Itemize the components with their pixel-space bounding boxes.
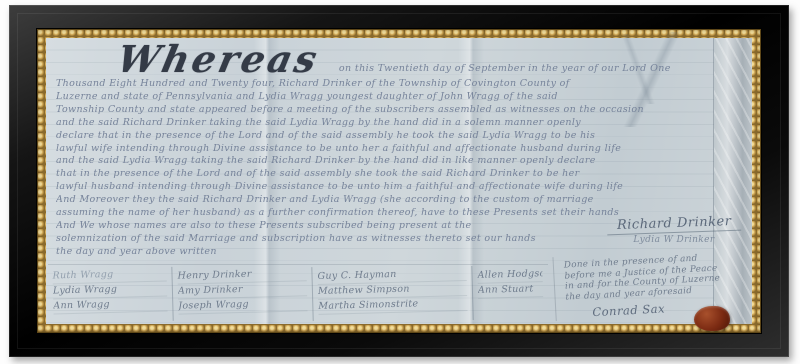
certificate-text-line: Township County and state appeared befor…	[56, 104, 707, 117]
witness-signature: Ann Stuart	[478, 282, 543, 299]
witness-signature-grid: Ruth Wragg Lydia Wragg Ann Wragg Henry D…	[48, 264, 548, 319]
witness-column: Allen Hodgson Ann Stuart	[471, 264, 548, 320]
certificate-text-line: and the said Lydia Wragg taking the said…	[56, 155, 707, 168]
witness-column: Ruth Wragg Lydia Wragg Ann Wragg	[47, 263, 172, 320]
picture-frame: Whereas on this Twentieth day of Septemb…	[9, 5, 789, 357]
photo-of-framed-certificate: Whereas on this Twentieth day of Septemb…	[0, 0, 800, 364]
certificate-text-line: and the said Richard Drinker taking the …	[56, 117, 707, 130]
certificate-text-line: lawful husband intending through Divine …	[56, 181, 707, 194]
certificate-paper: Whereas on this Twentieth day of Septemb…	[46, 38, 714, 324]
gilt-beaded-liner: Whereas on this Twentieth day of Septemb…	[37, 29, 761, 333]
red-wax-seal-icon	[694, 306, 730, 331]
witness-column: Guy C. Hayman Matthew Simpson Martha Sim…	[311, 263, 472, 321]
certificate-text-line: lawful wife intending through Divine ass…	[56, 143, 707, 156]
certificate-text-line: And Moreover they the said Richard Drink…	[56, 194, 707, 207]
witness-signature: Martha Simonstrite	[318, 296, 467, 315]
certificate-text-line: declare that in the presence of the Lord…	[56, 130, 707, 143]
witness-signature: Allen Hodgson	[477, 267, 542, 284]
witness-signature: Ann Wragg	[53, 297, 167, 315]
certificate-text-line: on this Twentieth day of September in th…	[339, 63, 671, 78]
groom-signature: Richard Drinker	[606, 214, 741, 236]
certificate-text-line: solemnization of the said Marriage and s…	[56, 233, 548, 246]
heading-row: Whereas on this Twentieth day of Septemb…	[118, 40, 707, 78]
witness-signature: Joseph Wragg	[178, 296, 307, 314]
certificate-text-line: Luzerne and state of Pennsylvania and Ly…	[56, 91, 707, 104]
frame-interior: Whereas on this Twentieth day of Septemb…	[46, 38, 752, 324]
certificate-text-line: that in the presence of the Lord and of …	[56, 168, 707, 181]
certificate-text-line: the day and year above written	[56, 246, 548, 259]
bride-signature: Lydia W Drinker	[596, 235, 752, 245]
certificate-text-line: And We whose names are also to these Pre…	[56, 220, 548, 233]
witness-column: Henry Drinker Amy Drinker Joseph Wragg	[171, 263, 312, 321]
principal-signatures: Richard Drinker Lydia W Drinker	[596, 212, 752, 245]
heading-word: Whereas	[114, 41, 323, 78]
